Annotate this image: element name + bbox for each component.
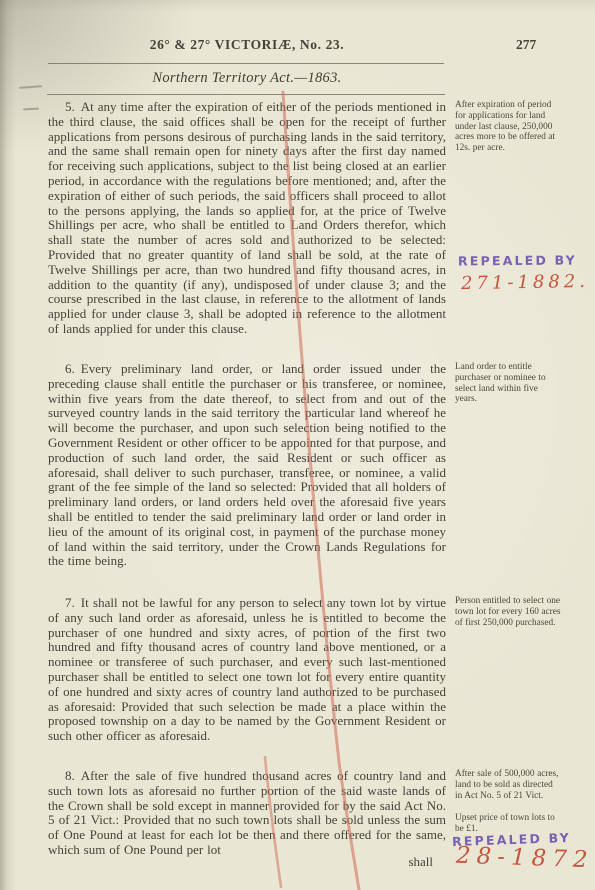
clause-7: 7.It shall not be lawful for any person … [48, 596, 446, 744]
clause-number: 6. [65, 361, 75, 376]
clause-text: Every preliminary land order, or land or… [48, 361, 446, 568]
repealed-stamp-1: REPEALED BY [458, 252, 577, 268]
running-header: 26° & 27° VICTORIÆ, No. 23. [48, 37, 446, 53]
margin-note-clause-8: After sale of 500,000 acres, land to be … [455, 769, 561, 801]
margin-pencil-mark [19, 85, 42, 89]
clause-number: 8. [65, 768, 75, 783]
clause-number: 5. [65, 99, 75, 114]
clause-5: 5.At any time after the expiration of ei… [48, 100, 446, 337]
margin-note-clause-5: After expiration of period for applicati… [455, 100, 561, 154]
clause-number: 7. [65, 595, 75, 610]
clause-text: It shall not be lawful for any person to… [48, 595, 446, 743]
act-title: Northern Territory Act.—1863. [48, 70, 446, 87]
clause-8: 8.After the sale of five hundred thousan… [48, 769, 446, 858]
margin-note-clause-6: Land order to entitle purchaser or nomin… [455, 362, 561, 405]
page-number: 277 [516, 37, 536, 53]
clause-text: After the sale of five hundred thousand … [48, 768, 446, 857]
repeal-reference-1: 271-1882. [461, 271, 589, 294]
margin-note-clause-7: Person entitled to select one town lot f… [455, 596, 561, 628]
catchword: shall [48, 854, 433, 870]
clause-text: At any time after the expiration of eith… [48, 99, 446, 336]
header-rule-top [48, 63, 444, 64]
document-page: 26° & 27° VICTORIÆ, No. 23. 277 Northern… [0, 0, 595, 890]
repeal-reference-2: 28-1872 [456, 843, 594, 874]
margin-pencil-mark [23, 108, 39, 111]
header-rule-bottom [47, 94, 445, 95]
clause-6: 6.Every preliminary land order, or land … [48, 362, 446, 569]
